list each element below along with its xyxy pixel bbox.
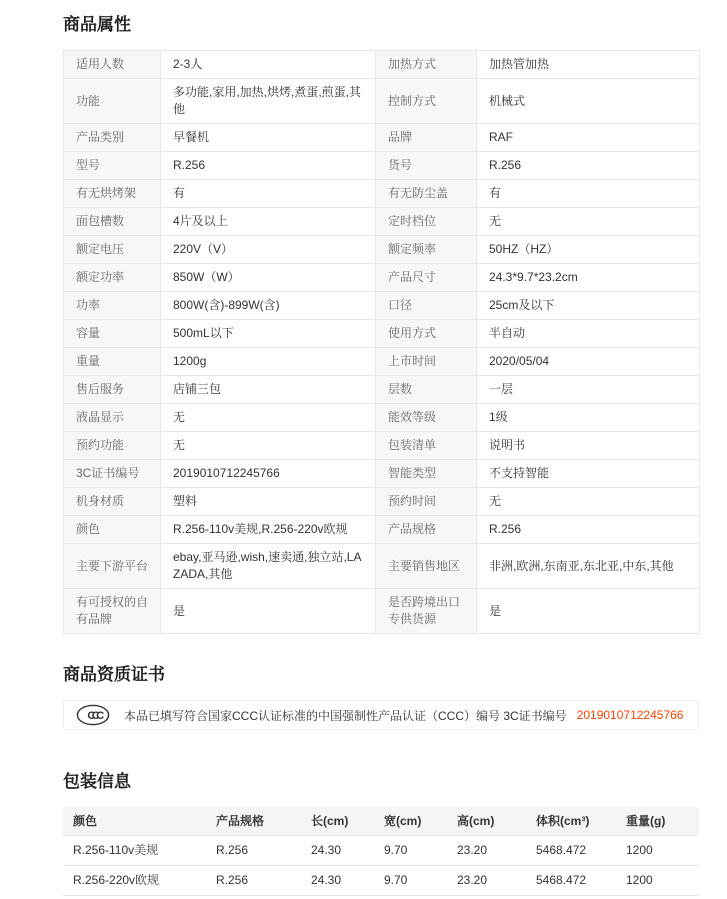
attr-label: 有可授权的自有品牌 bbox=[64, 589, 161, 634]
attr-label: 产品规格 bbox=[376, 516, 477, 544]
packaging-section: 包装信息 颜色 产品规格 长(cm) 宽(cm) 高(cm) 体积(cm³) 重… bbox=[63, 771, 699, 896]
attr-label: 功率 bbox=[64, 292, 161, 320]
attr-value: 无 bbox=[161, 432, 376, 460]
attr-value: R.256-110v美规,R.256-220v欧规 bbox=[161, 516, 376, 544]
attr-label: 机身材质 bbox=[64, 488, 161, 516]
attr-label: 加热方式 bbox=[376, 51, 477, 79]
table-row: 颜色 R.256-110v美规,R.256-220v欧规 产品规格 R.256 bbox=[64, 516, 700, 544]
attr-value: 有 bbox=[477, 180, 700, 208]
attr-label: 面包槽数 bbox=[64, 208, 161, 236]
table-row: 产品类别 早餐机 品牌 RAF bbox=[64, 124, 700, 152]
attr-value: 1级 bbox=[477, 404, 700, 432]
certificate-number-link[interactable]: 2019010712245766 bbox=[577, 708, 684, 722]
pkg-cell: 9.70 bbox=[374, 836, 447, 866]
attr-value: 有 bbox=[161, 180, 376, 208]
attr-value: 不支持智能 bbox=[477, 460, 700, 488]
attr-label: 容量 bbox=[64, 320, 161, 348]
attr-value: 说明书 bbox=[477, 432, 700, 460]
attr-value: 无 bbox=[161, 404, 376, 432]
attr-label: 预约时间 bbox=[376, 488, 477, 516]
attr-label: 层数 bbox=[376, 376, 477, 404]
pkg-cell: 5468.472 bbox=[526, 836, 616, 866]
packaging-section-title: 包装信息 bbox=[63, 771, 699, 793]
certificate-section-title: 商品资质证书 bbox=[63, 664, 699, 686]
attr-label: 额定功率 bbox=[64, 264, 161, 292]
table-row: R.256-110v美规 R.256 24.30 9.70 23.20 5468… bbox=[63, 836, 699, 866]
attr-value: 50HZ（HZ） bbox=[477, 236, 700, 264]
attr-label: 货号 bbox=[376, 152, 477, 180]
table-row: 机身材质 塑料 预约时间 无 bbox=[64, 488, 700, 516]
column-header: 颜色 bbox=[63, 807, 206, 836]
attr-value: 半自动 bbox=[477, 320, 700, 348]
attr-value: 24.3*9.7*23.2cm bbox=[477, 264, 700, 292]
attr-value: R.256 bbox=[477, 516, 700, 544]
table-row: 重量 1200g 上市时间 2020/05/04 bbox=[64, 348, 700, 376]
packaging-header-row: 颜色 产品规格 长(cm) 宽(cm) 高(cm) 体积(cm³) 重量(g) bbox=[63, 807, 699, 836]
packaging-table: 颜色 产品规格 长(cm) 宽(cm) 高(cm) 体积(cm³) 重量(g) … bbox=[63, 807, 699, 896]
attr-value: RAF bbox=[477, 124, 700, 152]
attr-value: 无 bbox=[477, 488, 700, 516]
table-row: 有可授权的自有品牌 是 是否跨境出口专供货源 是 bbox=[64, 589, 700, 634]
attr-value: 500mL以下 bbox=[161, 320, 376, 348]
attr-label: 使用方式 bbox=[376, 320, 477, 348]
table-row: 预约功能 无 包装清单 说明书 bbox=[64, 432, 700, 460]
table-row: 液晶显示 无 能效等级 1级 bbox=[64, 404, 700, 432]
table-row: 容量 500mL以下 使用方式 半自动 bbox=[64, 320, 700, 348]
attr-value: 机械式 bbox=[477, 79, 700, 124]
attr-value: 塑料 bbox=[161, 488, 376, 516]
attr-value: R.256 bbox=[161, 152, 376, 180]
attr-value: 非洲,欧洲,东南亚,东北亚,中东,其他 bbox=[477, 544, 700, 589]
attr-label: 产品类别 bbox=[64, 124, 161, 152]
attr-value: 是 bbox=[161, 589, 376, 634]
attr-value: 850W（W） bbox=[161, 264, 376, 292]
table-row: 型号 R.256 货号 R.256 bbox=[64, 152, 700, 180]
column-header: 体积(cm³) bbox=[526, 807, 616, 836]
table-row: 售后服务 店铺三包 层数 一层 bbox=[64, 376, 700, 404]
attr-value: 是 bbox=[477, 589, 700, 634]
attr-value: 无 bbox=[477, 208, 700, 236]
attributes-section-title: 商品属性 bbox=[63, 14, 699, 36]
attr-value: 1200g bbox=[161, 348, 376, 376]
attr-label: 有无防尘盖 bbox=[376, 180, 477, 208]
pkg-cell: 1200 bbox=[616, 866, 699, 896]
pkg-cell: 1200 bbox=[616, 836, 699, 866]
pkg-cell: 23.20 bbox=[447, 836, 526, 866]
pkg-cell: 24.30 bbox=[301, 836, 374, 866]
attr-value: 店铺三包 bbox=[161, 376, 376, 404]
certificate-text: 本品已填写符合国家CCC认证标准的中国强制性产品认证（CCC）编号 3C证书编号 bbox=[124, 707, 567, 724]
attr-label: 3C证书编号 bbox=[64, 460, 161, 488]
attr-value: 800W(含)-899W(含) bbox=[161, 292, 376, 320]
attributes-table: 适用人数 2-3人 加热方式 加热管加热 功能 多功能,家用,加热,烘烤,煮蛋,… bbox=[63, 50, 700, 634]
attr-label: 品牌 bbox=[376, 124, 477, 152]
attr-label: 重量 bbox=[64, 348, 161, 376]
table-row: 面包槽数 4片及以上 定时档位 无 bbox=[64, 208, 700, 236]
attr-label: 适用人数 bbox=[64, 51, 161, 79]
attr-label: 口径 bbox=[376, 292, 477, 320]
attr-value: 2-3人 bbox=[161, 51, 376, 79]
attr-label: 型号 bbox=[64, 152, 161, 180]
table-row: 额定电压 220V（V） 额定频率 50HZ（HZ） bbox=[64, 236, 700, 264]
table-row: 额定功率 850W（W） 产品尺寸 24.3*9.7*23.2cm bbox=[64, 264, 700, 292]
table-row: 有无烘烤架 有 有无防尘盖 有 bbox=[64, 180, 700, 208]
table-row: 主要下游平台 ebay,亚马逊,wish,速卖通,独立站,LAZADA,其他 主… bbox=[64, 544, 700, 589]
attr-label: 颜色 bbox=[64, 516, 161, 544]
table-row: R.256-220v欧规 R.256 24.30 9.70 23.20 5468… bbox=[63, 866, 699, 896]
attr-value: 2019010712245766 bbox=[161, 460, 376, 488]
ccc-certification-icon: CCC bbox=[76, 704, 110, 726]
attr-label: 额定频率 bbox=[376, 236, 477, 264]
table-row: 3C证书编号 2019010712245766 智能类型 不支持智能 bbox=[64, 460, 700, 488]
pkg-cell: R.256 bbox=[206, 836, 301, 866]
certificate-section: 商品资质证书 CCC 本品已填写符合国家CCC认证标准的中国强制性产品认证（CC… bbox=[63, 664, 699, 730]
table-row: 功能 多功能,家用,加热,烘烤,煮蛋,煎蛋,其他 控制方式 机械式 bbox=[64, 79, 700, 124]
attr-value: 2020/05/04 bbox=[477, 348, 700, 376]
attr-value: ebay,亚马逊,wish,速卖通,独立站,LAZADA,其他 bbox=[161, 544, 376, 589]
pkg-cell: 5468.472 bbox=[526, 866, 616, 896]
attr-label: 售后服务 bbox=[64, 376, 161, 404]
product-attributes-section: 商品属性 适用人数 2-3人 加热方式 加热管加热 功能 多功能,家用,加热,烘… bbox=[63, 14, 699, 634]
pkg-cell: R.256 bbox=[206, 866, 301, 896]
pkg-cell: 9.70 bbox=[374, 866, 447, 896]
table-row: 功率 800W(含)-899W(含) 口径 25cm及以下 bbox=[64, 292, 700, 320]
column-header: 重量(g) bbox=[616, 807, 699, 836]
column-header: 产品规格 bbox=[206, 807, 301, 836]
column-header: 宽(cm) bbox=[374, 807, 447, 836]
attr-label: 上市时间 bbox=[376, 348, 477, 376]
pkg-cell: 24.30 bbox=[301, 866, 374, 896]
pkg-cell: R.256-110v美规 bbox=[63, 836, 206, 866]
attr-value: R.256 bbox=[477, 152, 700, 180]
certificate-box: CCC 本品已填写符合国家CCC认证标准的中国强制性产品认证（CCC）编号 3C… bbox=[63, 700, 699, 730]
column-header: 高(cm) bbox=[447, 807, 526, 836]
column-header: 长(cm) bbox=[301, 807, 374, 836]
attr-value: 加热管加热 bbox=[477, 51, 700, 79]
svg-text:CCC: CCC bbox=[87, 710, 104, 722]
attr-value: 25cm及以下 bbox=[477, 292, 700, 320]
attr-label: 产品尺寸 bbox=[376, 264, 477, 292]
attr-label: 主要销售地区 bbox=[376, 544, 477, 589]
pkg-cell: 23.20 bbox=[447, 866, 526, 896]
attr-value: 220V（V） bbox=[161, 236, 376, 264]
attr-label: 是否跨境出口专供货源 bbox=[376, 589, 477, 634]
attr-label: 主要下游平台 bbox=[64, 544, 161, 589]
attr-label: 预约功能 bbox=[64, 432, 161, 460]
attr-label: 有无烘烤架 bbox=[64, 180, 161, 208]
attr-label: 定时档位 bbox=[376, 208, 477, 236]
attr-label: 额定电压 bbox=[64, 236, 161, 264]
attr-label: 包装清单 bbox=[376, 432, 477, 460]
table-row: 适用人数 2-3人 加热方式 加热管加热 bbox=[64, 51, 700, 79]
attr-label: 液晶显示 bbox=[64, 404, 161, 432]
attr-value: 多功能,家用,加热,烘烤,煮蛋,煎蛋,其他 bbox=[161, 79, 376, 124]
pkg-cell: R.256-220v欧规 bbox=[63, 866, 206, 896]
attr-label: 功能 bbox=[64, 79, 161, 124]
attr-label: 能效等级 bbox=[376, 404, 477, 432]
attr-label: 智能类型 bbox=[376, 460, 477, 488]
attr-value: 4片及以上 bbox=[161, 208, 376, 236]
attr-value: 早餐机 bbox=[161, 124, 376, 152]
attr-label: 控制方式 bbox=[376, 79, 477, 124]
attr-value: 一层 bbox=[477, 376, 700, 404]
